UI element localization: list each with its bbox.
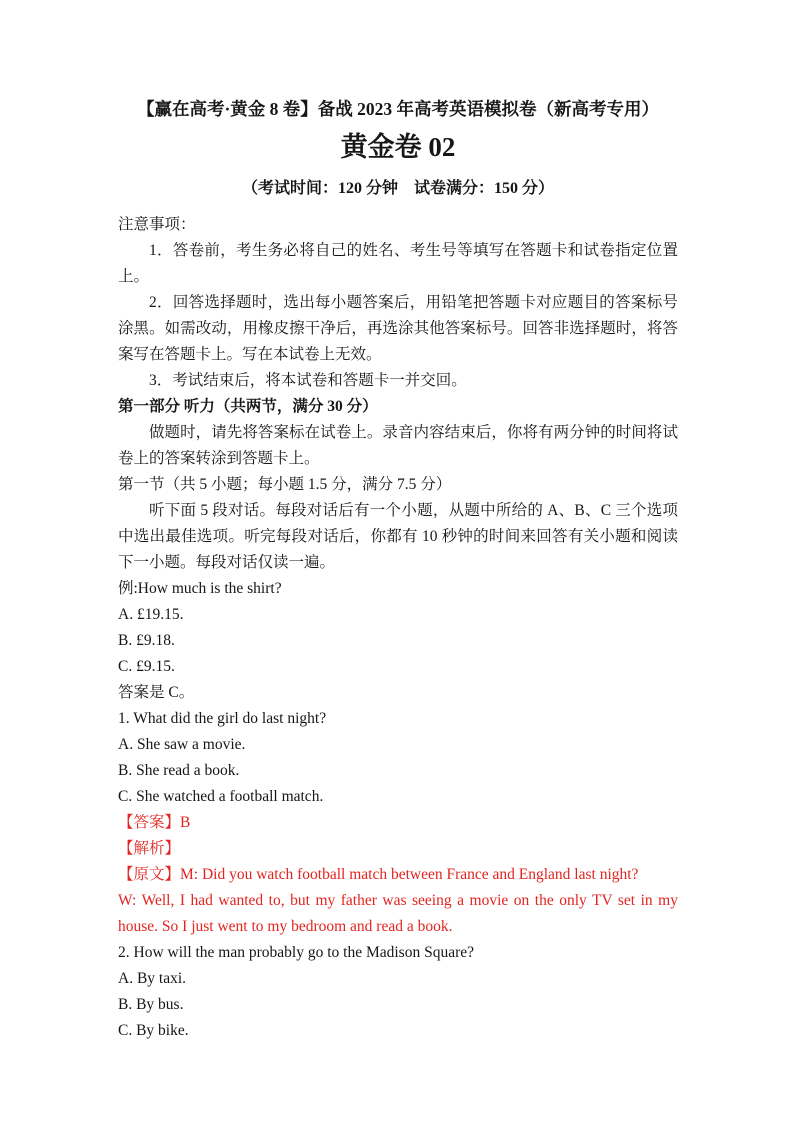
example-option-a: A. £19.15. [118,602,678,628]
question-2-option-a: A. By taxi. [118,966,678,992]
question-1-transcript-line-1: 【原文】M: Did you watch football match betw… [118,862,678,888]
exam-paper-page: 【赢在高考·黄金 8 卷】备战 2023 年高考英语模拟卷（新高考专用） 黄金卷… [0,0,793,1122]
transcript-m-line: M: Did you watch football match between … [180,866,638,883]
notice-item-2: 2．回答选择题时，选出每小题答案后，用铅笔把答题卡对应题目的答案标号涂黑。如需改… [118,290,678,368]
notice-item-1: 1．答卷前，考生务必将自己的姓名、考生号等填写在答题卡和试卷指定位置上。 [118,238,678,290]
question-1-option-b: B. She read a book. [118,758,678,784]
section1-instruction: 听下面 5 段对话。每段对话后有一个小题，从题中所给的 A、B、C 三个选项中选… [118,498,678,576]
question-1-text: 1. What did the girl do last night? [118,706,678,732]
question-1-analysis-label: 【解析】 [118,836,678,862]
exam-info: （考试时间：120 分钟 试卷满分：150 分） [118,174,678,204]
section1-heading: 第一节（共 5 小题；每小题 1.5 分，满分 7.5 分） [118,472,678,498]
part1-instruction: 做题时，请先将答案标在试卷上。录音内容结束后，你将有两分钟的时间将试卷上的答案转… [118,420,678,472]
question-1-transcript-line-2: W: Well, I had wanted to, but my father … [118,888,678,940]
question-2-option-c: C. By bike. [118,1018,678,1044]
question-2-option-b: B. By bus. [118,992,678,1018]
example-option-c: C. £9.15. [118,654,678,680]
example-option-b: B. £9.18. [118,628,678,654]
question-1-option-a: A. She saw a movie. [118,732,678,758]
example-answer-note: 答案是 C。 [118,680,678,706]
notice-heading: 注意事项： [118,212,678,238]
transcript-label: 【原文】 [118,866,180,883]
part1-heading: 第一部分 听力（共两节，满分 30 分） [118,394,678,420]
question-1-option-c: C. She watched a football match. [118,784,678,810]
example-question: 例:How much is the shirt? [118,576,678,602]
question-2-text: 2. How will the man probably go to the M… [118,940,678,966]
answer-label: 【答案】 [118,814,180,831]
page-content: 【赢在高考·黄金 8 卷】备战 2023 年高考英语模拟卷（新高考专用） 黄金卷… [118,96,678,1044]
answer-value: B [180,814,190,831]
notice-item-3: 3．考试结束后，将本试卷和答题卡一并交回。 [118,368,678,394]
question-1-answer-line: 【答案】B [118,810,678,836]
paper-title: 黄金卷 02 [118,128,678,166]
series-title: 【赢在高考·黄金 8 卷】备战 2023 年高考英语模拟卷（新高考专用） [118,96,678,122]
